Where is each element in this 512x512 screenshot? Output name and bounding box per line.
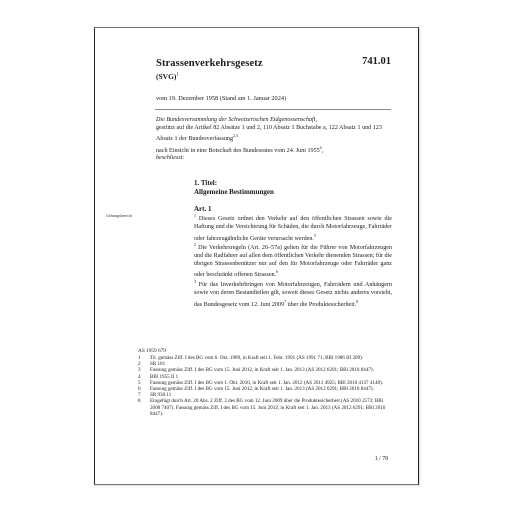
footnote-ref[interactable]: 5	[314, 233, 316, 238]
footnote: 8Eingefügt durch Art. 20 Abs. 2 Ziff. 2 …	[138, 398, 392, 417]
footnote-number: 8	[138, 398, 150, 417]
date-line: vom 19. Dezember 1958 (Stand am 1. Janua…	[156, 95, 286, 102]
preamble-basis-text: gestützt auf die Artikel 82 Absätze 1 un…	[156, 125, 382, 143]
document-page: Strassenverkehrsgesetz 741.01 (SVG)1 vom…	[94, 27, 419, 485]
footnotes: 1Tit. gemäss Ziff. I des BG vom 6. Okt. …	[138, 355, 392, 417]
section-number: 1. Titel:	[194, 179, 274, 188]
preamble-decision: beschliesst:	[156, 155, 392, 163]
preamble-message: nach Einsicht in eine Botschaft des Bund…	[156, 144, 392, 156]
footnote-ref[interactable]: 8	[356, 299, 358, 304]
preamble-intro: Die Bundesversammlung der Schweizerische…	[156, 117, 392, 125]
paragraph-text: Dieses Gesetz ordnet den Verkehr auf den…	[194, 216, 392, 242]
preamble: Die Bundesversammlung der Schweizerische…	[156, 117, 392, 163]
footnote-text: Eingefügt durch Art. 20 Abs. 2 Ziff. 2 d…	[150, 398, 392, 417]
article-paragraph: 2 Die Verkehrsregeln (Art. 26–57a) gelte…	[194, 241, 392, 280]
abbreviation-text: (SVG)	[156, 72, 176, 81]
header-divider	[155, 109, 391, 110]
preamble-basis: gestützt auf die Artikel 82 Absätze 1 un…	[156, 125, 392, 144]
law-title: Strassenverkehrsgesetz	[156, 58, 263, 69]
section-heading: 1. Titel: Allgemeine Bestimmungen	[194, 179, 274, 197]
article-paragraph: 1 Dieses Gesetz ordnet den Verkehr auf d…	[194, 212, 392, 243]
footnote-ref[interactable]: 6	[276, 269, 278, 274]
preamble-message-text: nach Einsicht in eine Botschaft des Bund…	[156, 148, 320, 154]
footnote-ref[interactable]: 1	[176, 73, 179, 78]
official-compilation-ref: AS 1959 679	[138, 348, 166, 354]
footnote-ref[interactable]: 2,3	[233, 133, 238, 138]
page-indicator: 1 / 78	[375, 456, 388, 462]
law-abbreviation: (SVG)1	[156, 72, 179, 81]
sr-number: 741.01	[362, 56, 391, 67]
punctuation: ,	[322, 148, 324, 154]
article-paragraph: 3 Für das Inverkehrbringen von Motorfahr…	[194, 278, 392, 309]
margin-note: Geltungsbereich	[106, 213, 132, 218]
paragraph-text: über die Produktesicherheit.	[286, 302, 356, 308]
section-name: Allgemeine Bestimmungen	[194, 188, 274, 197]
paragraph-text: Die Verkehrsregeln (Art. 26–57a) gelten …	[194, 245, 392, 278]
